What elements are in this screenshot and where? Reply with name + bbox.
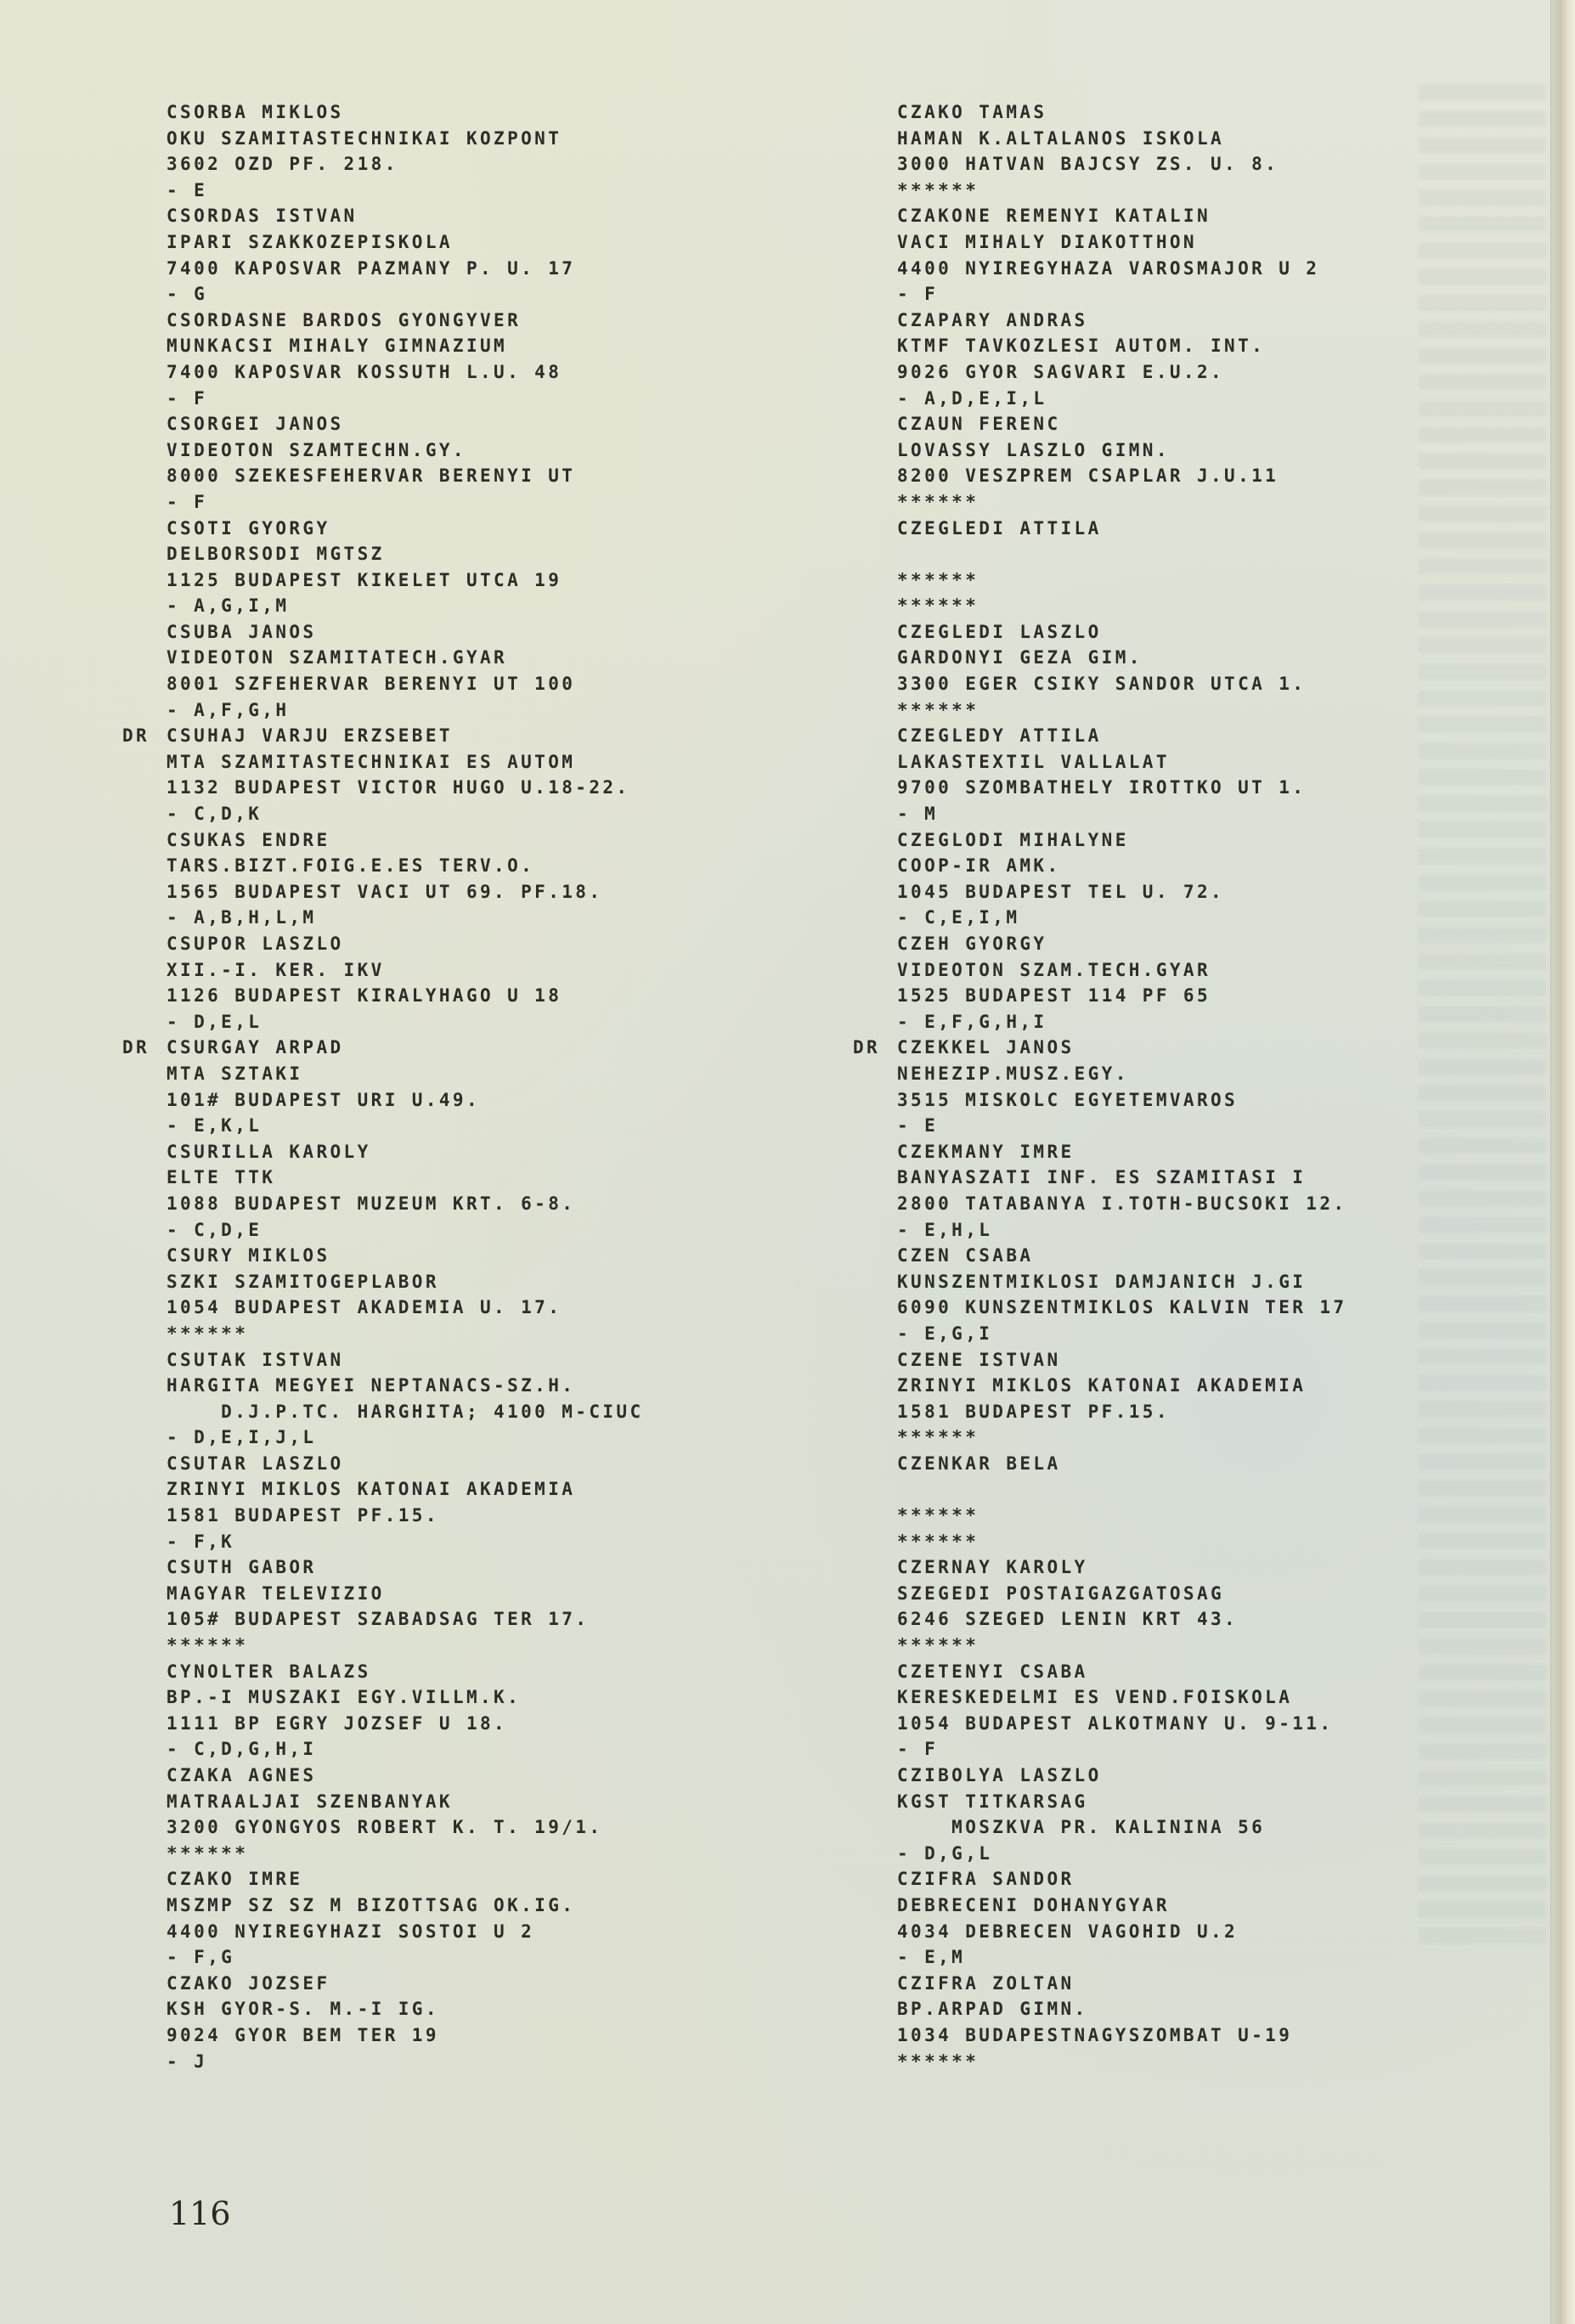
entry-codes: - F [167,386,644,412]
directory-entry: CSUPOR LASZLOXII.-I. KER. IKV1126 BUDAPE… [167,931,644,1035]
entry-address: 101# BUDAPEST URI U.49. [167,1087,644,1114]
entry-organization: KERESKEDELMI ES VEND.FOISKOLA [897,1684,1346,1711]
entry-organization: MATRAALJAI SZENBANYAK [167,1789,644,1815]
entry-name: CZEGLEDY ATTILA [897,723,1346,749]
entry-separator: ****** [897,567,1346,594]
entry-organization: LOVASSY LASZLO GIMN. [897,437,1346,464]
directory-entry: DRCSUHAJ VARJU ERZSEBETMTA SZAMITASTECHN… [167,723,644,826]
entry-separator: ****** [167,1633,644,1659]
directory-entry: CSORGEI JANOSVIDEOTON SZAMTECHN.GY.8000 … [167,411,644,515]
directory-entry: CZAPARY ANDRASKTMF TAVKOZLESI AUTOM. INT… [897,307,1346,411]
entry-address: 105# BUDAPEST SZABADSAG TER 17. [167,1606,644,1633]
entry-codes: - G [167,281,644,307]
directory-entry: CSUTAR LASZLOZRINYI MIKLOS KATONAI AKADE… [167,1451,644,1554]
entry-codes: - A,G,I,M [167,593,644,619]
entry-organization [897,1476,1346,1503]
directory-entry: CSUBA JANOSVIDEOTON SZAMITATECH.GYAR8001… [167,619,644,723]
entry-codes: - E,K,L [167,1113,644,1139]
entry-name: CSURGAY ARPAD [167,1035,644,1061]
entry-organization: MSZMP SZ SZ M BIZOTTSAG OK.IG. [167,1892,644,1919]
entry-organization: SZEGEDI POSTAIGAZGATOSAG [897,1581,1346,1607]
entry-organization: HAMAN K.ALTALANOS ISKOLA [897,126,1346,152]
directory-entry: CZERNAY KAROLYSZEGEDI POSTAIGAZGATOSAG62… [897,1554,1346,1658]
entry-organization: MTA SZTAKI [167,1061,644,1087]
entry-name: CSORBA MIKLOS [167,99,644,126]
entry-address: 1126 BUDAPEST KIRALYHAGO U 18 [167,983,644,1009]
entry-name: CZEKMANY IMRE [897,1139,1346,1165]
entry-name: CSORGEI JANOS [167,411,644,437]
directory-entry: CSUTH GABORMAGYAR TELEVIZIO105# BUDAPEST… [167,1554,644,1658]
entry-name: CSORDASNE BARDOS GYONGYVER [167,307,644,334]
entry-address: 3200 GYONGYOS ROBERT K. T. 19/1. [167,1814,644,1841]
directory-entry: CZIBOLYA LASZLOKGST TITKARSAG MOSZKVA PR… [897,1763,1346,1866]
entry-address: 8001 SZFEHERVAR BERENYI UT 100 [167,671,644,697]
directory-entry: CSOTI GYORGYDELBORSODI MGTSZ1125 BUDAPES… [167,516,644,619]
entry-name: CSUBA JANOS [167,619,644,646]
entry-address: 1045 BUDAPEST TEL U. 72. [897,879,1346,905]
directory-entry: CZAKO TAMASHAMAN K.ALTALANOS ISKOLA3000 … [897,99,1346,203]
entry-address: 3000 HATVAN BAJCSY ZS. U. 8. [897,151,1346,178]
directory-entry: CZEKMANY IMREBANYASZATI INF. ES SZAMITAS… [897,1139,1346,1243]
directory-entry: CSORDASNE BARDOS GYONGYVERMUNKACSI MIHAL… [167,307,644,411]
entry-name: CZAKONE REMENYI KATALIN [897,203,1346,229]
directory-entry: CZENE ISTVANZRINYI MIKLOS KATONAI AKADEM… [897,1347,1346,1451]
entry-address: 9700 SZOMBATHELY IROTTKO UT 1. [897,775,1346,801]
entry-address: 2800 TATABANYA I.TOTH-BUCSOKI 12. [897,1191,1346,1217]
entry-address: 1054 BUDAPEST ALKOTMANY U. 9-11. [897,1711,1346,1737]
entry-address: 3602 OZD PF. 218. [167,151,644,178]
entry-address: 7400 KAPOSVAR PAZMANY P. U. 17 [167,256,644,282]
entry-address: 4400 NYIREGYHAZI SOSTOI U 2 [167,1919,644,1945]
entry-organization: KGST TITKARSAG [897,1789,1346,1815]
entry-name: CZEGLEDI LASZLO [897,619,1346,646]
entry-codes: - A,B,H,L,M [167,905,644,931]
entry-separator: ****** [897,697,1346,724]
directory-entry: DRCZEKKEL JANOSNEHEZIP.MUSZ.EGY.3515 MIS… [897,1035,1346,1138]
entry-name: CSUPOR LASZLO [167,931,644,957]
entry-name: CSOTI GYORGY [167,516,644,542]
directory-entry: CZEGLEDI LASZLOGARDONYI GEZA GIM.3300 EG… [897,619,1346,723]
directory-entry: CZEGLEDI ATTILA****** [897,516,1346,594]
entry-codes: - F,G [167,1944,644,1971]
entry-address: 6090 KUNSZENTMIKLOS KALVIN TER 17 [897,1295,1346,1321]
directory-column-left: CSORBA MIKLOSOKU SZAMITASTECHNIKAI KOZPO… [167,99,644,2074]
entry-address: 1581 BUDAPEST PF.15. [897,1399,1346,1425]
entry-address: D.J.P.TC. HARGHITA; 4100 M-CIUC [167,1399,644,1425]
entry-organization: KUNSZENTMIKLOSI DAMJANICH J.GI [897,1269,1346,1295]
entry-organization: BP.-I MUSZAKI EGY.VILLM.K. [167,1684,644,1711]
entry-name: CZAKO IMRE [167,1866,644,1892]
entry-organization: MUNKACSI MIHALY GIMNAZIUM [167,333,644,359]
entry-name: CZIBOLYA LASZLO [897,1763,1346,1789]
entry-name: CZAUN FERENC [897,411,1346,437]
entry-address: 1054 BUDAPEST AKADEMIA U. 17. [167,1295,644,1321]
entry-separator: ****** [897,178,1346,204]
entry-name: CZAKO TAMAS [897,99,1346,126]
entry-organization: VIDEOTON SZAMTECHN.GY. [167,437,644,464]
directory-entry: CSORDAS ISTVANIPARI SZAKKOZEPISKOLA7400 … [167,203,644,307]
entry-separator: ****** [897,1633,1346,1659]
entry-address: 1565 BUDAPEST VACI UT 69. PF.18. [167,879,644,905]
entry-name: CZAKO JOZSEF [167,1971,644,1997]
entry-organization: VIDEOTON SZAMITATECH.GYAR [167,645,644,671]
entry-separator: ****** [167,1321,644,1347]
entry-name: CYNOLTER BALAZS [167,1659,644,1685]
entry-name: CZERNAY KAROLY [897,1554,1346,1581]
show-through-bleed [1419,85,1546,1954]
entry-name: CZEN CSABA [897,1243,1346,1269]
entry-name: CSUKAS ENDRE [167,827,644,854]
entry-codes: - F,K [167,1529,644,1555]
directory-entry: CZEGLEDY ATTILALAKASTEXTIL VALLALAT9700 … [897,723,1346,826]
entry-organization: ZRINYI MIKLOS KATONAI AKADEMIA [897,1373,1346,1399]
entry-organization: ZRINYI MIKLOS KATONAI AKADEMIA [167,1476,644,1503]
entry-address: MOSZKVA PR. KALININA 56 [897,1814,1346,1841]
entry-name: CZIFRA SANDOR [897,1866,1346,1892]
title-prefix: DR [122,1035,150,1061]
entry-organization: IPARI SZAKKOZEPISKOLA [167,229,644,256]
entry-organization: VIDEOTON SZAM.TECH.GYAR [897,957,1346,984]
entry-organization [897,541,1346,567]
entry-organization: DEBRECENI DOHANYGYAR [897,1892,1346,1919]
entry-organization: MTA SZAMITASTECHNIKAI ES AUTOM [167,749,644,776]
entry-address: 1111 BP EGRY JOZSEF U 18. [167,1711,644,1737]
entry-codes: - A,F,G,H [167,697,644,724]
entry-organization: TARS.BIZT.FOIG.E.ES TERV.O. [167,853,644,879]
directory-entry: CZAKO JOZSEFKSH GYOR-S. M.-I IG.9024 GYO… [167,1971,644,2074]
entry-organization: KTMF TAVKOZLESI AUTOM. INT. [897,333,1346,359]
entry-organization: COOP-IR AMK. [897,853,1346,879]
directory-entry: CZEGLODI MIHALYNECOOP-IR AMK.1045 BUDAPE… [897,827,1346,931]
directory-entry: CZAKA AGNESMATRAALJAI SZENBANYAK3200 GYO… [167,1763,644,1866]
directory-column-right: CZAKO TAMASHAMAN K.ALTALANOS ISKOLA3000 … [897,99,1346,2074]
entry-address: 9026 GYOR SAGVARI E.U.2. [897,359,1346,386]
directory-entry: DRCSURGAY ARPADMTA SZTAKI101# BUDAPEST U… [167,1035,644,1138]
entry-name: CZEGLEDI ATTILA [897,516,1346,542]
title-prefix: DR [853,1035,880,1061]
directory-entry: CZIFRA ZOLTANBP.ARPAD GIMN.1034 BUDAPEST… [897,1971,1346,2074]
entry-codes: - F [897,1736,1346,1763]
entry-address: 8000 SZEKESFEHERVAR BERENYI UT [167,463,644,489]
entry-name: CSORDAS ISTVAN [167,203,644,229]
entry-address: 9024 GYOR BEM TER 19 [167,2022,644,2049]
directory-entry: CSUTAK ISTVANHARGITA MEGYEI NEPTANACS-SZ… [167,1347,644,1451]
directory-entry: CZAKO IMREMSZMP SZ SZ M BIZOTTSAG OK.IG.… [167,1866,644,1970]
entry-name: CZAKA AGNES [167,1763,644,1789]
entry-organization: DELBORSODI MGTSZ [167,541,644,567]
entry-address: 7400 KAPOSVAR KOSSUTH L.U. 48 [167,359,644,386]
entry-organization: NEHEZIP.MUSZ.EGY. [897,1061,1346,1087]
entry-codes: - E,G,I [897,1321,1346,1347]
entry-codes: - D,E,I,J,L [167,1424,644,1451]
directory-entry: CZEH GYORGYVIDEOTON SZAM.TECH.GYAR1525 B… [897,931,1346,1035]
entry-organization: ELTE TTK [167,1165,644,1191]
entry-organization: HARGITA MEGYEI NEPTANACS-SZ.H. [167,1373,644,1399]
entry-codes: - C,D,K [167,801,644,827]
entry-organization: VACI MIHALY DIAKOTTHON [897,229,1346,256]
directory-entry: CSURY MIKLOSSZKI SZAMITOGEPLABOR1054 BUD… [167,1243,644,1346]
entry-name: CSUTAK ISTVAN [167,1347,644,1374]
entry-name: CSUHAJ VARJU ERZSEBET [167,723,644,749]
entry-codes: - C,D,G,H,I [167,1736,644,1763]
page-edge [1550,0,1575,2324]
entry-codes: - D,E,L [167,1009,644,1035]
title-prefix: DR [122,723,150,749]
entry-codes: - C,D,E [167,1217,644,1244]
entry-name: CZENE ISTVAN [897,1347,1346,1374]
directory-entry: CZETENYI CSABAKERESKEDELMI ES VEND.FOISK… [897,1659,1346,1763]
entry-separator: ****** [897,1424,1346,1451]
entry-address: 1132 BUDAPEST VICTOR HUGO U.18-22. [167,775,644,801]
entry-address: 1525 BUDAPEST 114 PF 65 [897,983,1346,1009]
entry-address: 6246 SZEGED LENIN KRT 43. [897,1606,1346,1633]
entry-separator: ****** [897,489,1346,516]
entry-name: CZETENYI CSABA [897,1659,1346,1685]
entry-organization: XII.-I. KER. IKV [167,957,644,984]
entry-codes: - E,M [897,1944,1346,1971]
entry-separator: ****** [897,1529,1346,1555]
entry-organization: GARDONYI GEZA GIM. [897,645,1346,671]
entry-address: 3515 MISKOLC EGYETEMVAROS [897,1087,1346,1114]
entry-organization: LAKASTEXTIL VALLALAT [897,749,1346,776]
directory-entry: CSUKAS ENDRETARS.BIZT.FOIG.E.ES TERV.O.1… [167,827,644,931]
directory-entry: ****** [897,1529,1346,1555]
entry-address: 1125 BUDAPEST KIKELET UTCA 19 [167,567,644,594]
entry-address: 1088 BUDAPEST MUZEUM KRT. 6-8. [167,1191,644,1217]
entry-address: 4400 NYIREGYHAZA VAROSMAJOR U 2 [897,256,1346,282]
entry-codes: - M [897,801,1346,827]
entry-address: 8200 VESZPREM CSAPLAR J.U.11 [897,463,1346,489]
entry-name: CZEGLODI MIHALYNE [897,827,1346,854]
entry-codes: - J [167,2049,644,2075]
entry-address: 1581 BUDAPEST PF.15. [167,1503,644,1529]
entry-organization: SZKI SZAMITOGEPLABOR [167,1269,644,1295]
entry-separator: ****** [897,2049,1346,2075]
entry-name: CZENKAR BELA [897,1451,1346,1477]
entry-codes: - E,F,G,H,I [897,1009,1346,1035]
entry-name: CZEH GYORGY [897,931,1346,957]
page-number: 116 [169,2195,231,2232]
entry-address: 1034 BUDAPESTNAGYSZOMBAT U-19 [897,2022,1346,2049]
directory-entry: CZIFRA SANDORDEBRECENI DOHANYGYAR4034 DE… [897,1866,1346,1970]
entry-name: CSURY MIKLOS [167,1243,644,1269]
directory-entry: ****** [897,593,1346,619]
directory-entry: CSORBA MIKLOSOKU SZAMITASTECHNIKAI KOZPO… [167,99,644,203]
entry-address: 4034 DEBRECEN VAGOHID U.2 [897,1919,1346,1945]
directory-entry: CYNOLTER BALAZSBP.-I MUSZAKI EGY.VILLM.K… [167,1659,644,1763]
directory-entry: CSURILLA KAROLYELTE TTK1088 BUDAPEST MUZ… [167,1139,644,1243]
entry-codes: - E,H,L [897,1217,1346,1244]
directory-entry: CZAKONE REMENYI KATALINVACI MIHALY DIAKO… [897,203,1346,307]
entry-name: CZIFRA ZOLTAN [897,1971,1346,1997]
directory-entry: CZENKAR BELA****** [897,1451,1346,1529]
entry-codes: - D,G,L [897,1841,1346,1867]
entry-organization: MAGYAR TELEVIZIO [167,1581,644,1607]
entry-codes: - F [167,489,644,516]
entry-address: 3300 EGER CSIKY SANDOR UTCA 1. [897,671,1346,697]
entry-name: CSURILLA KAROLY [167,1139,644,1165]
entry-codes: - A,D,E,I,L [897,386,1346,412]
entry-separator: ****** [167,1841,644,1867]
entry-separator: ****** [897,1503,1346,1529]
entry-organization: BP.ARPAD GIMN. [897,1996,1346,2022]
entry-separator: ****** [897,593,1346,619]
entry-name: CZEKKEL JANOS [897,1035,1346,1061]
entry-codes: - E [167,178,644,204]
entry-organization: KSH GYOR-S. M.-I IG. [167,1996,644,2022]
entry-organization: OKU SZAMITASTECHNIKAI KOZPONT [167,126,644,152]
entry-codes: - E [897,1113,1346,1139]
entry-codes: - F [897,281,1346,307]
directory-entry: CZEN CSABAKUNSZENTMIKLOSI DAMJANICH J.GI… [897,1243,1346,1346]
entry-organization: BANYASZATI INF. ES SZAMITASI I [897,1165,1346,1191]
directory-entry: CZAUN FERENCLOVASSY LASZLO GIMN.8200 VES… [897,411,1346,515]
entry-name: CSUTH GABOR [167,1554,644,1581]
entry-name: CZAPARY ANDRAS [897,307,1346,334]
entry-codes: - C,E,I,M [897,905,1346,931]
entry-name: CSUTAR LASZLO [167,1451,644,1477]
